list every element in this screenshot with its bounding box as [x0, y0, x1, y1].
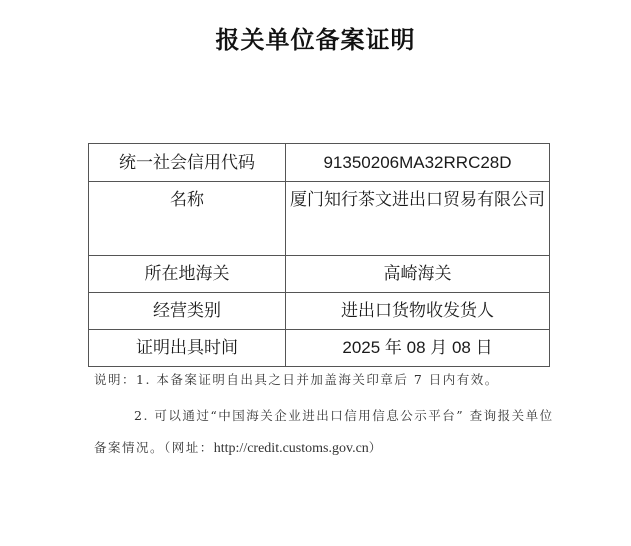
notes-section: 说明：1. 本备案证明自出具之日并加盖海关印章后 7 日内有效。 2. 可以通过… [94, 370, 564, 465]
note-query-platform: 2. 可以通过“中国海关企业进出口信用信息公示平台” 查询报关单位备案情况。（网… [94, 400, 564, 465]
value-issue-date: 2025 年 08 月 08 日 [286, 330, 550, 367]
label-business-type: 经营类别 [89, 293, 286, 330]
label-company-name: 名称 [89, 182, 286, 256]
document-title: 报关单位备案证明 [0, 20, 631, 55]
label-issue-date: 证明出具时间 [89, 330, 286, 367]
table-row-credit-code: 统一社会信用代码 91350206MA32RRC28D [89, 144, 550, 182]
registration-info-table: 统一社会信用代码 91350206MA32RRC28D 名称 厦门知行茶文进出口… [88, 143, 550, 367]
value-credit-code: 91350206MA32RRC28D [286, 144, 550, 182]
table-row-issue-date: 证明出具时间 2025 年 08 月 08 日 [89, 330, 550, 367]
label-customs-office: 所在地海关 [89, 256, 286, 293]
note-validity: 说明：1. 本备案证明自出具之日并加盖海关印章后 7 日内有效。 [94, 370, 564, 400]
website-link[interactable]: http://credit.customs.gov.cn [214, 441, 369, 456]
value-customs-office: 高崎海关 [286, 256, 550, 293]
table-row-customs-office: 所在地海关 高崎海关 [89, 256, 550, 293]
value-business-type: 进出口货物收发货人 [286, 293, 550, 330]
table-row-company-name: 名称 厦门知行茶文进出口贸易有限公司 [89, 182, 550, 256]
label-credit-code: 统一社会信用代码 [89, 144, 286, 182]
table-row-business-type: 经营类别 进出口货物收发货人 [89, 293, 550, 330]
value-company-name: 厦门知行茶文进出口贸易有限公司 [286, 182, 550, 256]
note-query-suffix: ） [369, 440, 383, 455]
